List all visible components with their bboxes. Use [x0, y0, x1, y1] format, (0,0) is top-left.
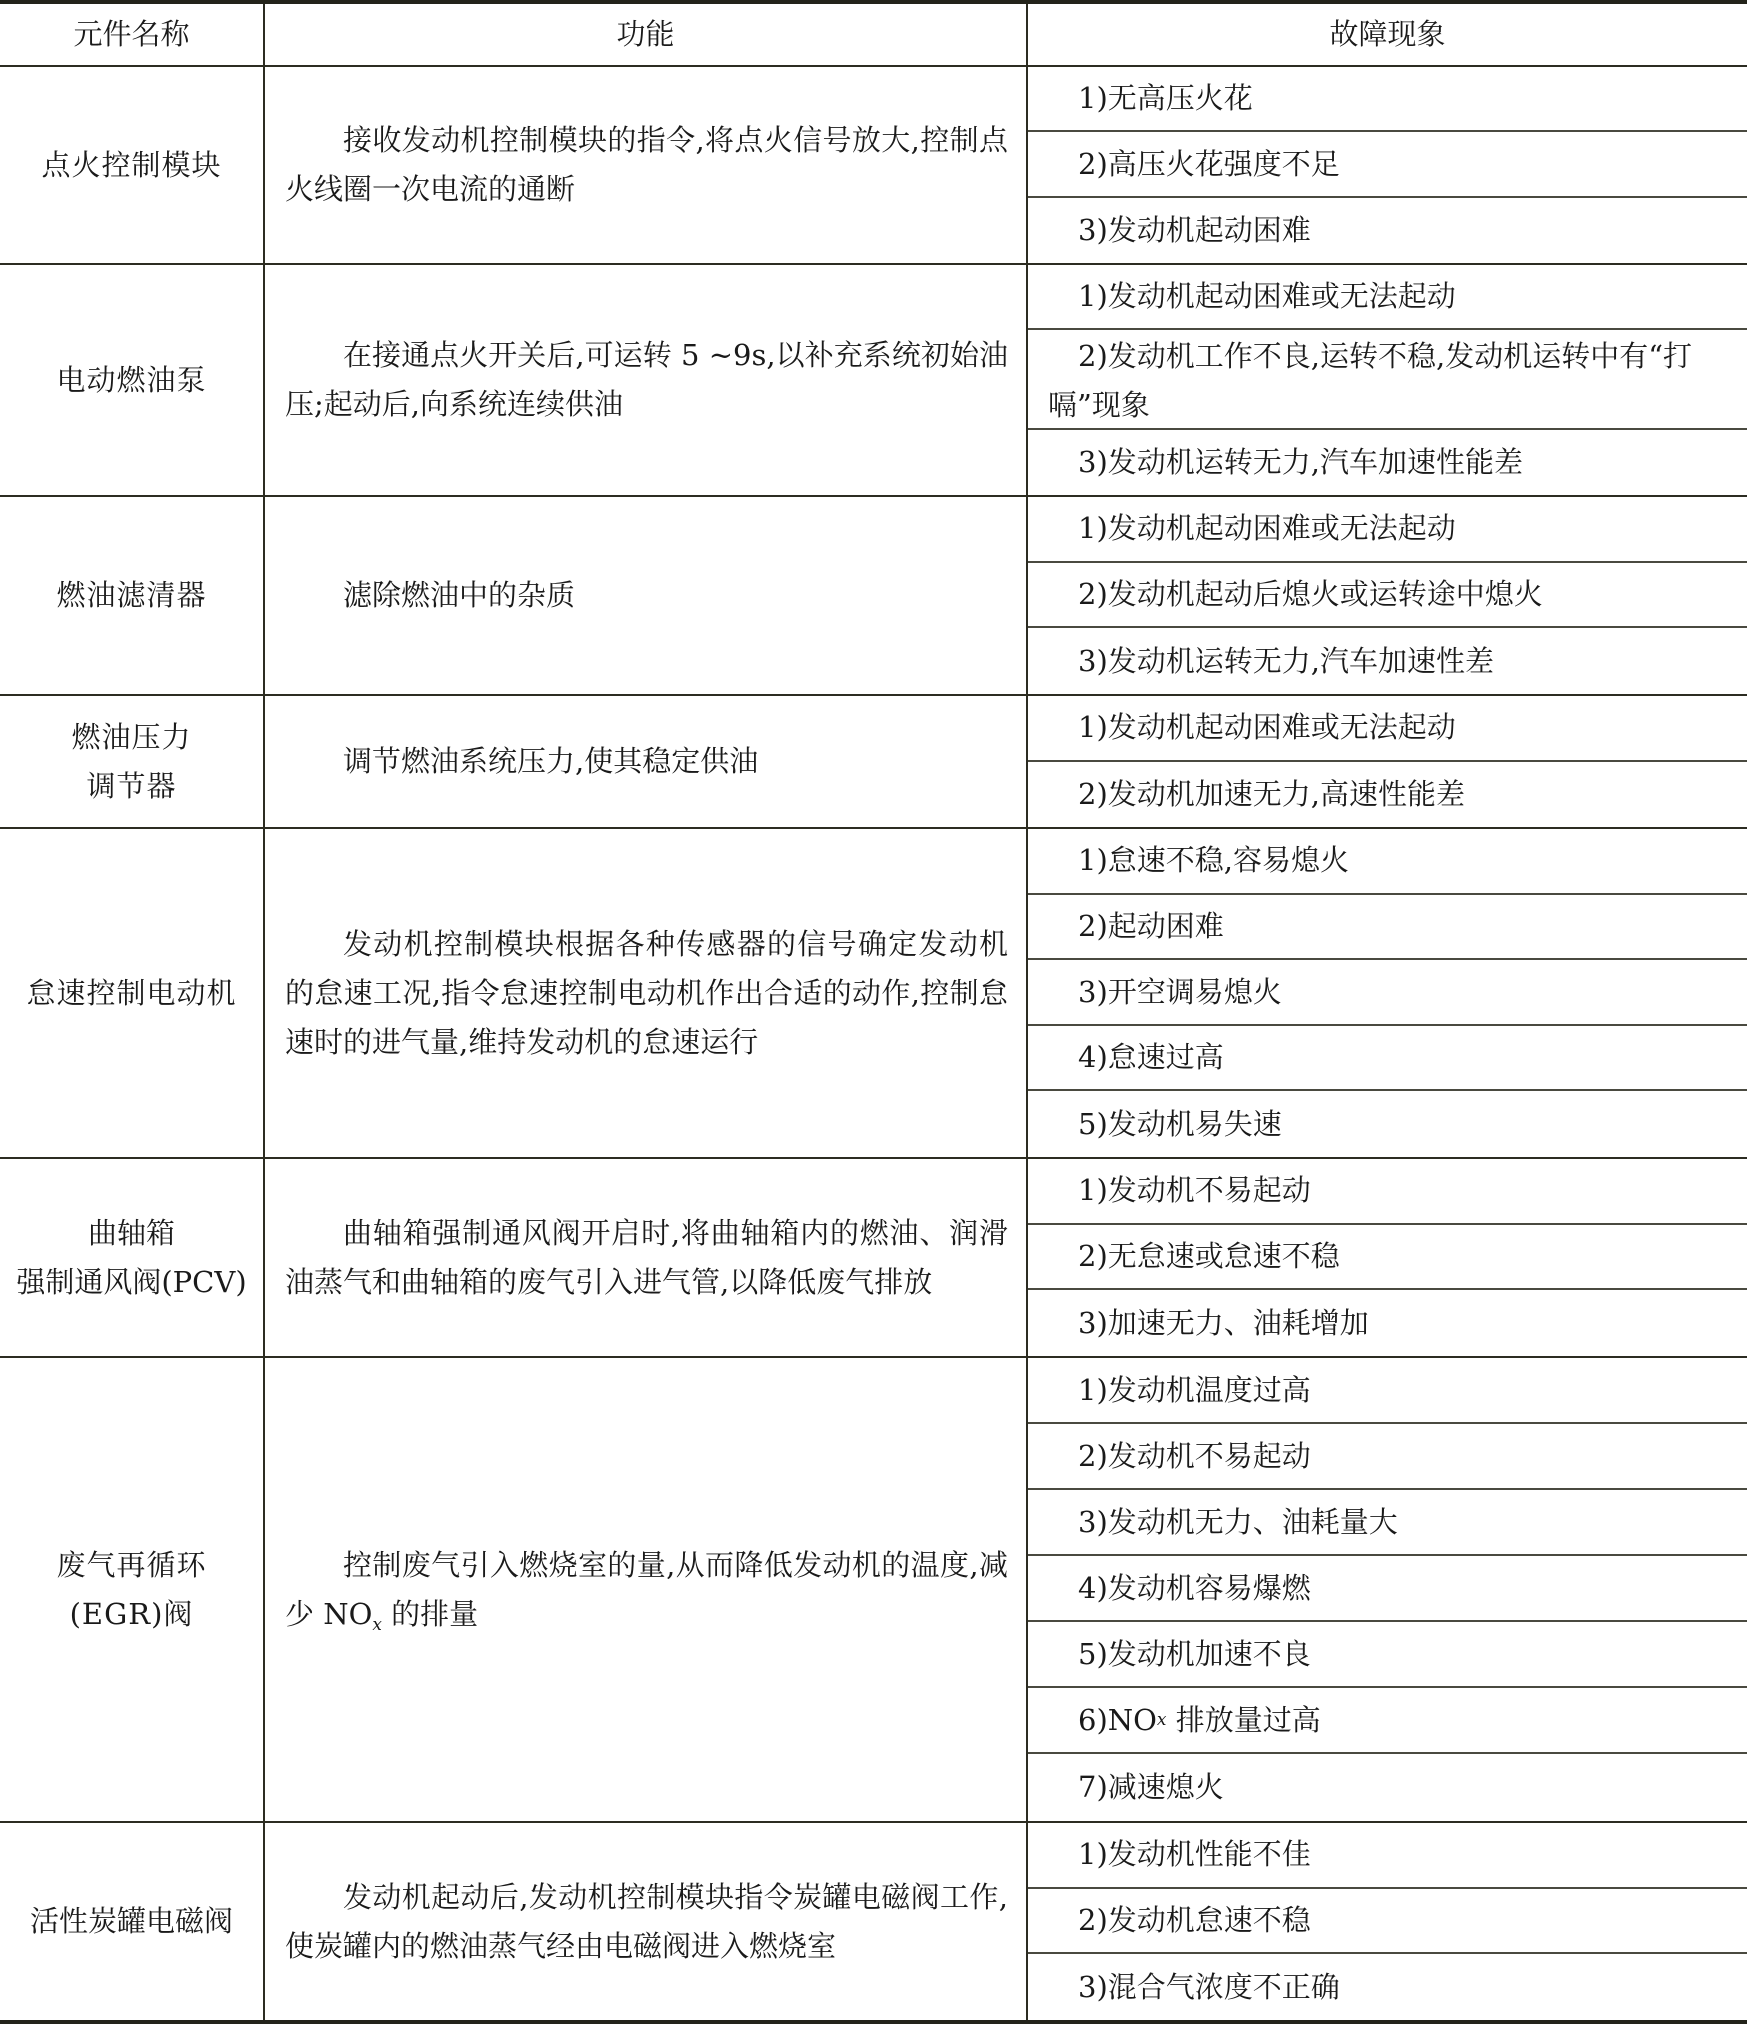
table-row: 废气再循环 (EGR)阀 控制废气引入燃烧室的量,从而降低发动机的温度,减少 N…	[0, 1358, 1747, 1823]
fault-list: 1)发动机起动困难或无法起动 2)发动机工作不良,运转不稳,发动机运转中有“打嗝…	[1028, 265, 1747, 495]
fault-item: 5)发动机加速不良	[1028, 1622, 1747, 1688]
component-function: 接收发动机控制模块的指令,将点火信号放大,控制点火线圈一次电流的通断	[265, 67, 1028, 263]
fault-list: 1)发动机性能不佳 2)发动机怠速不稳 3)混合气浓度不正确	[1028, 1823, 1747, 2020]
component-function: 在接通点火开关后,可运转 5 ~9s,以补充系统初始油压;起动后,向系统连续供油	[265, 265, 1028, 495]
fault-item: 1)发动机起动困难或无法起动	[1028, 265, 1747, 330]
table-header: 元件名称 功能 故障现象	[0, 4, 1747, 67]
fault-item: 2)发动机工作不良,运转不稳,发动机运转中有“打嗝”现象	[1028, 330, 1747, 430]
fault-list: 1)发动机不易起动 2)无怠速或怠速不稳 3)加速无力、油耗增加	[1028, 1159, 1747, 1356]
fault-item: 3)发动机运转无力,汽车加速性能差	[1028, 430, 1747, 495]
component-name-line: 废气再循环	[56, 1541, 206, 1590]
table-row: 燃油压力 调节器 调节燃油系统压力,使其稳定供油 1)发动机起动困难或无法起动 …	[0, 696, 1747, 829]
function-text: 调节燃油系统压力,使其稳定供油	[285, 737, 758, 786]
fault-item: 1)无高压火花	[1028, 67, 1747, 132]
fault-item: 6)NOx 排放量过高	[1028, 1688, 1747, 1754]
fault-item: 1)发动机温度过高	[1028, 1358, 1747, 1424]
fault-list: 1)发动机温度过高 2)发动机不易起动 3)发动机无力、油耗量大 4)发动机容易…	[1028, 1358, 1747, 1821]
fault-item: 2)发动机怠速不稳	[1028, 1889, 1747, 1955]
fault-item: 3)发动机无力、油耗量大	[1028, 1490, 1747, 1556]
component-name-line: 调节器	[86, 762, 176, 811]
fault-item: 4)怠速过高	[1028, 1026, 1747, 1092]
component-name: 活性炭罐电磁阀	[0, 1823, 265, 2020]
fault-item: 2)高压火花强度不足	[1028, 132, 1747, 197]
fault-item: 2)发动机加速无力,高速性能差	[1028, 762, 1747, 828]
fault-item: 5)发动机易失速	[1028, 1091, 1747, 1157]
table-row: 怠速控制电动机 发动机控制模块根据各种传感器的信号确定发动机的怠速工况,指令怠速…	[0, 829, 1747, 1159]
component-name: 点火控制模块	[0, 67, 265, 263]
header-function: 功能	[265, 4, 1028, 65]
fault-item: 2)发动机不易起动	[1028, 1424, 1747, 1490]
fault-item: 3)发动机运转无力,汽车加速性差	[1028, 628, 1747, 694]
subscript-x: x	[372, 1615, 382, 1635]
fault-table: 元件名称 功能 故障现象 点火控制模块 接收发动机控制模块的指令,将点火信号放大…	[0, 0, 1747, 2024]
fault-item: 2)起动困难	[1028, 895, 1747, 961]
function-text: 控制废气引入燃烧室的量,从而降低发动机的温度,减少 NOx 的排量	[285, 1541, 1008, 1639]
component-name: 曲轴箱 强制通风阀(PCV)	[0, 1159, 265, 1356]
component-function: 控制废气引入燃烧室的量,从而降低发动机的温度,减少 NOx 的排量	[265, 1358, 1028, 1821]
function-text: 接收发动机控制模块的指令,将点火信号放大,控制点火线圈一次电流的通断	[285, 116, 1008, 214]
table-row: 曲轴箱 强制通风阀(PCV) 曲轴箱强制通风阀开启时,将曲轴箱内的燃油、润滑油蒸…	[0, 1159, 1747, 1358]
fault-list: 1)发动机起动困难或无法起动 2)发动机起动后熄火或运转途中熄火 3)发动机运转…	[1028, 497, 1747, 694]
header-fault-symptoms: 故障现象	[1028, 4, 1747, 65]
fault-item: 2)无怠速或怠速不稳	[1028, 1225, 1747, 1291]
fault-list: 1)无高压火花 2)高压火花强度不足 3)发动机起动困难	[1028, 67, 1747, 263]
fault-item: 3)加速无力、油耗增加	[1028, 1290, 1747, 1356]
header-component-name: 元件名称	[0, 4, 265, 65]
function-text: 曲轴箱强制通风阀开启时,将曲轴箱内的燃油、润滑油蒸气和曲轴箱的废气引入进气管,以…	[285, 1209, 1008, 1307]
component-name: 燃油压力 调节器	[0, 696, 265, 827]
component-function: 曲轴箱强制通风阀开启时,将曲轴箱内的燃油、润滑油蒸气和曲轴箱的废气引入进气管,以…	[265, 1159, 1028, 1356]
function-text: 发动机控制模块根据各种传感器的信号确定发动机的怠速工况,指令怠速控制电动机作出合…	[285, 920, 1008, 1067]
component-name-line: (EGR)阀	[70, 1590, 194, 1639]
fault-item: 2)发动机起动后熄火或运转途中熄火	[1028, 563, 1747, 629]
component-name: 电动燃油泵	[0, 265, 265, 495]
component-function: 滤除燃油中的杂质	[265, 497, 1028, 694]
fault-item: 3)发动机起动困难	[1028, 198, 1747, 263]
component-function: 调节燃油系统压力,使其稳定供油	[265, 696, 1028, 827]
fault-text-part: 排放量过高	[1167, 1696, 1321, 1745]
component-name: 怠速控制电动机	[0, 829, 265, 1157]
fault-item: 3)开空调易熄火	[1028, 960, 1747, 1026]
table-row: 燃油滤清器 滤除燃油中的杂质 1)发动机起动困难或无法起动 2)发动机起动后熄火…	[0, 497, 1747, 696]
fault-text-part: 6)NO	[1078, 1696, 1157, 1745]
component-function: 发动机起动后,发动机控制模块指令炭罐电磁阀工作,使炭罐内的燃油蒸气经由电磁阀进入…	[265, 1823, 1028, 2020]
fault-item: 1)发动机起动困难或无法起动	[1028, 497, 1747, 563]
fault-item: 1)发动机性能不佳	[1028, 1823, 1747, 1889]
function-text: 在接通点火开关后,可运转 5 ~9s,以补充系统初始油压;起动后,向系统连续供油	[285, 331, 1008, 429]
fault-item: 1)发动机不易起动	[1028, 1159, 1747, 1225]
fault-list: 1)发动机起动困难或无法起动 2)发动机加速无力,高速性能差	[1028, 696, 1747, 827]
fault-item: 1)发动机起动困难或无法起动	[1028, 696, 1747, 762]
fault-item: 3)混合气浓度不正确	[1028, 1954, 1747, 2020]
fault-item: 1)怠速不稳,容易熄火	[1028, 829, 1747, 895]
component-name-line: 强制通风阀(PCV)	[16, 1258, 246, 1307]
component-function: 发动机控制模块根据各种传感器的信号确定发动机的怠速工况,指令怠速控制电动机作出合…	[265, 829, 1028, 1157]
function-text: 发动机起动后,发动机控制模块指令炭罐电磁阀工作,使炭罐内的燃油蒸气经由电磁阀进入…	[285, 1873, 1008, 1971]
table-row: 点火控制模块 接收发动机控制模块的指令,将点火信号放大,控制点火线圈一次电流的通…	[0, 67, 1747, 265]
component-name: 废气再循环 (EGR)阀	[0, 1358, 265, 1821]
component-name: 燃油滤清器	[0, 497, 265, 694]
component-name-line: 燃油压力	[71, 713, 191, 762]
table-row: 电动燃油泵 在接通点火开关后,可运转 5 ~9s,以补充系统初始油压;起动后,向…	[0, 265, 1747, 497]
function-text: 滤除燃油中的杂质	[285, 571, 575, 620]
fault-item: 7)减速熄火	[1028, 1754, 1747, 1820]
fault-list: 1)怠速不稳,容易熄火 2)起动困难 3)开空调易熄火 4)怠速过高 5)发动机…	[1028, 829, 1747, 1157]
fault-item: 4)发动机容易爆燃	[1028, 1556, 1747, 1622]
component-name-line: 曲轴箱	[88, 1209, 175, 1258]
table-row: 活性炭罐电磁阀 发动机起动后,发动机控制模块指令炭罐电磁阀工作,使炭罐内的燃油蒸…	[0, 1823, 1747, 2020]
function-text-part: 的排量	[382, 1597, 478, 1631]
